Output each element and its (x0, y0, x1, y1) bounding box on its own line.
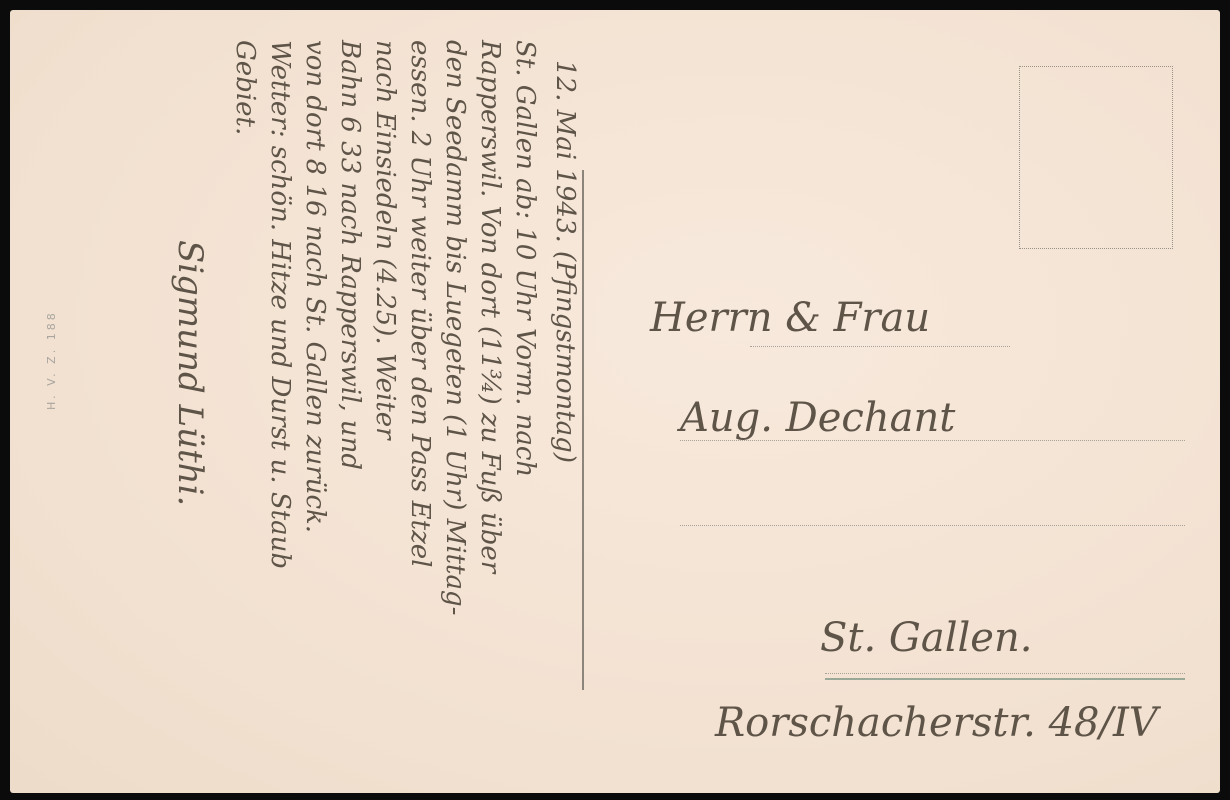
message-line: Rapperswil. Von dort (11¾) zu Fuß über (475, 40, 505, 573)
address-rule-4 (825, 673, 1185, 674)
address-recipient-name: Aug. Dechant (680, 395, 955, 441)
publisher-mark: H. V. Z. 188 (45, 310, 58, 410)
message-line: Bahn 6 33 nach Rapperswil, und (335, 40, 365, 470)
address-recipient-title: Herrn & Frau (650, 295, 930, 341)
address-rule-3 (680, 525, 1185, 526)
message-line: Gebiet. (230, 40, 260, 135)
address-city: St. Gallen. (820, 615, 1032, 661)
message-line: von dort 8 16 nach St. Gallen zurück. (300, 40, 330, 533)
address-street: Rorschacherstr. 48/IV (715, 700, 1158, 746)
message-line: Wetter: schön. Hitze und Durst u. Staub (265, 40, 295, 569)
message-line: 12. Mai 1943. (Pfingstmontag) (550, 60, 580, 463)
handwritten-message: 12. Mai 1943. (Pfingstmontag) St. Gallen… (140, 40, 590, 780)
postcard: H. V. Z. 188 12. Mai 1943. (Pfingstmonta… (10, 10, 1220, 793)
message-line: St. Gallen ab: 10 Uhr Vorm. nach (510, 40, 540, 477)
message-line: nach Einsiedeln (4.25). Weiter (370, 40, 400, 440)
address-rule-1 (750, 346, 1010, 347)
message-line: den Seedamm bis Luegeten (1 Uhr) Mittag- (440, 40, 470, 615)
address-rule-4-solid (825, 678, 1185, 680)
stamp-placeholder-box (1019, 66, 1173, 249)
message-line: essen. 2 Uhr weiter über den Pass Etzel (405, 40, 435, 568)
message-signature: Sigmund Lüthi. (170, 240, 210, 506)
